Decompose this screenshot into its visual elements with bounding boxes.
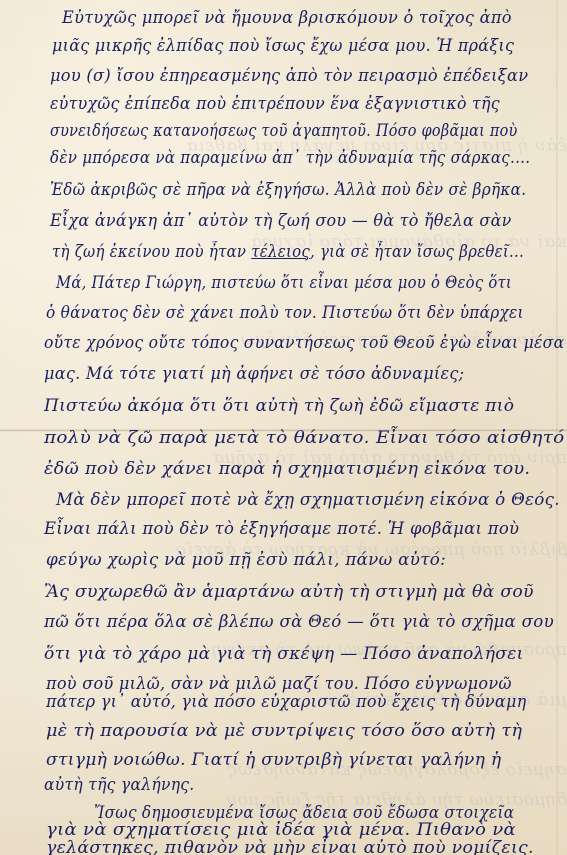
letter-line: Εἶναι πάλι ποὺ δὲν τὸ ἐξηγήσαμε ποτέ. Ἡ … [44,519,519,539]
letter-line: ποὺ σοῦ μιλῶ, σὰν νὰ μιλῶ μαζί του. Πόσο… [46,674,512,694]
letter-line: τὴ ζωή ἐκείνου ποὺ ἦταν τέλειος, γιὰ σὲ … [52,242,524,262]
letter-line: Εὐτυχῶς μπορεῖ νὰ ἤμουνα βρισκόμουν ὁ το… [62,8,512,28]
letter-line: μὲ τὴ παρουσία νὰ μὲ συντρίψεις τόσο ὅσο… [46,721,522,741]
letter-line: εὐτυχῶς ἐπίπεδα ποὺ ἐπιτρέπουν ἕνα ἐξαγν… [50,94,500,114]
letter-line: γιὰ νὰ σχηματίσεις μιὰ ἰδέα γιὰ μένα. Πι… [46,820,516,840]
letter-line: φεύγω χωρὶς νὰ μοῦ πῇ ἐσὺ πάλι, πάνω αὐτ… [46,550,446,570]
letter-page: ἐὰν ἡ πίστις σου εἶναι μεγάλη καὶ βαθειά… [0,0,567,855]
letter-line: Πιστεύω ἀκόμα ὅτι ὅτι αὐτὴ τὴ ζωὴ ἐδῶ εἴ… [44,396,514,416]
letter-line: πῶ ὅτι πέρα ὅλα σὲ βλέπω σὰ Θεό — ὅτι γι… [44,612,554,632]
letter-line: ἐδῶ ποὺ δὲν χάνει παρὰ ἡ σχηματισμένη εἰ… [44,459,530,479]
underlined-word: τέλειος [251,242,310,262]
letter-line: Μά, Πάτερ Γιώργη, πιστεύω ὅτι εἶναι μέσα… [56,273,512,293]
letter-line: ὅτι γιὰ τὸ χάρο μὰ γιὰ τὴ σκέψη — Πόσο ἀ… [44,644,524,664]
letter-line: μιᾶς μικρῆς ἐλπίδας ποὺ ἴσως ἔχω μέσα μο… [52,36,514,56]
letter-line: μου (σ) ἴσου ἐπηρεασμένης ἀπὸ τὸν πειρασ… [50,66,528,86]
letter-line: πάτερ γι᾽ αὐτό, γιὰ πόσο εὐχαριστῶ ποὺ ἔ… [46,692,526,712]
letter-line: αὐτὴ τῆς γαλήνης. [44,775,194,795]
letter-line: Ἐδῶ ἀκριβῶς σὲ πῆρα νὰ ἐξηγήσω. Ἀλλὰ ποὺ… [50,180,526,200]
letter-line: στιγμὴ νοιώθω. Γιατί ἡ συντριβὴ γίνεται … [46,750,501,770]
letter-line: συνειδήσεως κατανοήσεως τοῦ ἀγαπητοῦ. Πό… [50,121,518,141]
letter-line: γελάστηκες, πιθανὸν νὰ μὴν εἶναι αὐτὸ πο… [46,838,534,855]
letter-line: Ἂς συχωρεθῶ ἂν ἁμαρτάνω αὐτὴ τὴ στιγμὴ μ… [44,582,534,602]
letter-line: Μὰ δὲν μπορεῖ ποτὲ νὰ ἔχῃ σχηματισμένη ε… [56,490,560,510]
letter-line: δὲν μπόρεσα νὰ παραμείνω ἀπ᾽ τὴν ἀδυναμί… [50,148,530,168]
letter-line: μας. Μά τότε γιατί μὴ ἀφήνει σὲ τόσο ἀδυ… [44,364,464,384]
letter-line: ὁ θάνατος δὲν σὲ χάνει πολὺ τον. Πιστεύω… [46,303,524,323]
letter-line: οὔτε χρόνος οὔτε τόπος συναντήσεως τοῦ Θ… [44,333,564,353]
letter-line: πολὺ νὰ ζῶ παρὰ μετὰ τὸ θάνατο. Εἶναι τό… [44,428,564,448]
letter-line: Εἶχα ἀνάγκη ἀπ᾽ αὐτὸν τὴ ζωή σου — θὰ τὸ… [50,211,512,231]
